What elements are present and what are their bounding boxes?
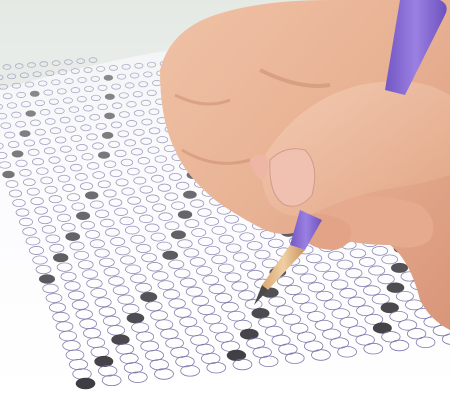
answer-sheet	[0, 0, 450, 400]
photo-scene	[0, 0, 450, 400]
